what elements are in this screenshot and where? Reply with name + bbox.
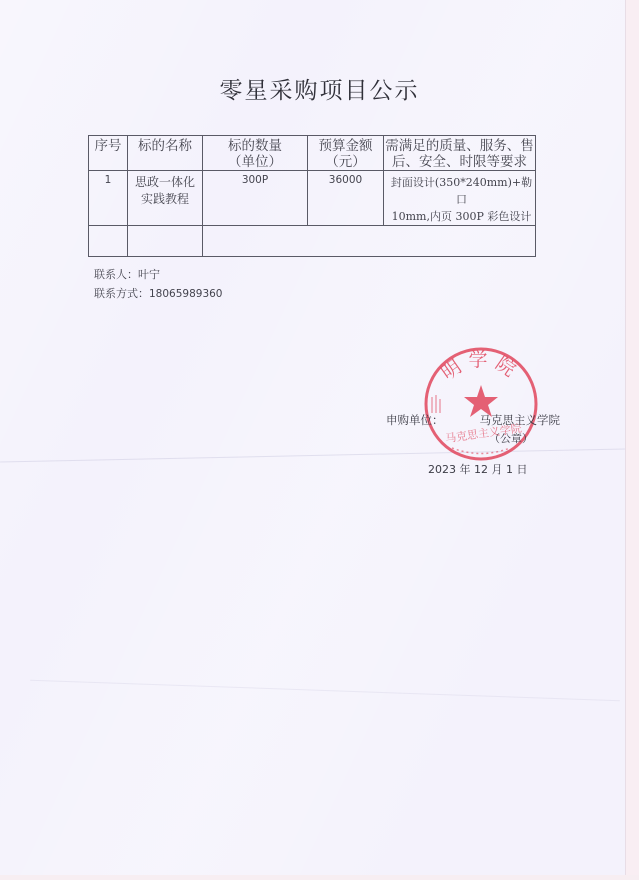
header-sublabel: 后、安全、时限等要求 <box>384 154 535 170</box>
document-title: 零星采购项目公示 <box>0 72 639 105</box>
header-index: 序号 <box>89 136 128 171</box>
table-row: 1 思政一体化 实践教程 300P 36000 封面设计(350*240mm)+… <box>89 171 536 226</box>
table-row <box>89 226 536 257</box>
cell-merged-empty <box>203 226 536 257</box>
applicant-unit: 申购单位：马克思主义学院 <box>386 412 560 428</box>
contact-person: 联系人：叶宁 <box>94 266 160 282</box>
procurement-table: 序号 标的名称 标的数量 （单位） 预算金额 （元） 需满足的质量、服务、售 后… <box>88 135 536 257</box>
header-label: 序号 <box>89 138 127 154</box>
contact-phone: 联系方式：18065989360 <box>94 285 223 301</box>
page-edge-right <box>625 0 639 880</box>
cell-item-name: 思政一体化 实践教程 <box>128 171 203 226</box>
header-budget: 预算金额 （元） <box>308 136 384 171</box>
stamp-top-text: 明学院 <box>437 349 524 385</box>
header-label: 预算金额 <box>308 138 383 154</box>
header-label: 标的数量 <box>203 138 307 154</box>
seal-note: （公章） <box>489 430 533 446</box>
item-name-line: 实践教程 <box>128 191 202 208</box>
contact-phone-value: 18065989360 <box>149 288 223 300</box>
header-label: 标的名称 <box>128 138 202 154</box>
header-sublabel: （元） <box>308 154 383 170</box>
table-header-row: 序号 标的名称 标的数量 （单位） 预算金额 （元） 需满足的质量、服务、售 后… <box>89 136 536 171</box>
cell-index <box>89 226 128 257</box>
contact-phone-label: 联系方式： <box>94 287 149 300</box>
header-quantity: 标的数量 （单位） <box>203 136 308 171</box>
svg-text:明学院: 明学院 <box>437 349 524 385</box>
contact-person-value: 叶宁 <box>138 268 160 281</box>
item-name-line: 思政一体化 <box>128 174 202 191</box>
document-date: 2023 年 12 月 1 日 <box>428 461 527 477</box>
cell-budget: 36000 <box>308 171 384 226</box>
requirements-line: 封面设计(350*240mm)+勒口 <box>388 174 535 208</box>
header-item-name: 标的名称 <box>128 136 203 171</box>
header-label: 需满足的质量、服务、售 <box>384 138 535 154</box>
cell-item-name <box>128 226 203 257</box>
cell-index: 1 <box>89 171 128 226</box>
header-sublabel: （单位） <box>203 154 307 170</box>
contact-person-label: 联系人： <box>94 268 138 281</box>
header-requirements: 需满足的质量、服务、售 后、安全、时限等要求 <box>384 136 536 171</box>
applicant-label: 申购单位： <box>386 413 444 427</box>
cell-quantity: 300P <box>203 171 308 226</box>
page-edge-bottom <box>0 875 639 880</box>
cell-requirements: 封面设计(350*240mm)+勒口 10mm,内页 300P 彩色设计 <box>384 171 536 226</box>
applicant-unit-name: 马克思主义学院 <box>480 413 561 427</box>
requirements-line: 10mm,内页 300P 彩色设计 <box>388 208 535 225</box>
